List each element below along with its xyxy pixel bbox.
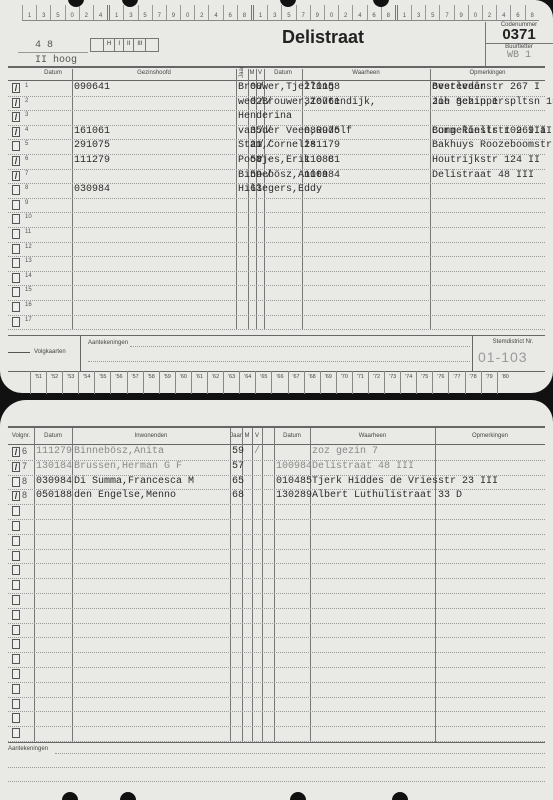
cell-datum: 030984: [74, 183, 110, 198]
row-number: 11: [25, 229, 31, 235]
scale-digit: 0: [468, 5, 482, 20]
table-row[interactable]: /1090641Brouwer,Tjelling00/270158overled…: [8, 81, 545, 97]
card-notch: [290, 792, 306, 800]
cell-waarheen: zoz gezin 7: [312, 445, 378, 460]
floor-box: II: [124, 39, 134, 51]
column-header: Opmerkingen: [430, 70, 545, 76]
table-row[interactable]: [8, 549, 545, 565]
scale-digit: 6: [510, 5, 524, 20]
year-cell: '60: [175, 371, 191, 394]
cell-datum: 050188: [36, 489, 72, 504]
checkbox-icon[interactable]: /: [12, 491, 20, 501]
scale-digit: 1: [251, 5, 267, 20]
scale-digit: 8: [237, 5, 251, 20]
row-number: 2: [25, 98, 28, 104]
checkbox-icon[interactable]: [12, 595, 20, 605]
year-cell: '79: [481, 371, 497, 394]
cell-datum2: 270158: [304, 81, 340, 96]
column-header: Gezinshoofd: [72, 70, 236, 76]
table-row[interactable]: [8, 682, 545, 698]
card-notch: [62, 792, 78, 800]
index-scale: 135024135790246813579024681357902468: [22, 5, 539, 21]
scale-digit: 1: [107, 5, 123, 20]
scale-digit: 0: [180, 5, 194, 20]
checkbox-icon[interactable]: /: [12, 127, 20, 137]
column-header: Waarheen: [310, 433, 435, 439]
row-number: 8: [22, 490, 27, 500]
year-cell: '73: [384, 371, 400, 394]
note-line: [88, 361, 470, 362]
checkbox-icon[interactable]: [12, 287, 20, 297]
row-number: 12: [25, 244, 32, 250]
table-row[interactable]: 8030984Di Summa,Francesca M65010485Tjerk…: [8, 475, 545, 491]
column-header: V: [256, 70, 264, 76]
table-row[interactable]: /2wed Brouwer,Zoutendijk,02//310761Joh S…: [8, 96, 545, 112]
volgkaarten-label: Volgkaarten: [8, 349, 66, 355]
cell-v: -: [266, 154, 272, 169]
note-line: [8, 781, 545, 782]
checkbox-icon[interactable]: /: [12, 98, 20, 108]
scale-digit: 2: [338, 5, 352, 20]
table-row[interactable]: [8, 608, 545, 624]
row-number: 8: [22, 476, 27, 486]
row-number: 4: [25, 127, 28, 133]
card-notch: [120, 792, 136, 800]
cell-v: /: [266, 139, 272, 154]
year-cell: '72: [368, 371, 384, 394]
row-number: 3: [25, 112, 28, 118]
cell-waarheen: Delistraat 48 III: [312, 460, 414, 475]
checkbox-icon[interactable]: /: [12, 156, 20, 166]
scale-digit: 8: [381, 5, 395, 20]
cell-jaar: 57: [232, 460, 244, 475]
cell-v: /: [266, 169, 272, 184]
cell-datum2: 281179: [304, 139, 340, 154]
cell-m: /: [258, 125, 264, 140]
table-row[interactable]: /6111279Binnebösz,Anita59/zoz gezin 7: [8, 445, 545, 461]
cell-datum: 090641: [74, 81, 110, 96]
scale-digit: 3: [123, 5, 137, 20]
year-cell: '57: [127, 371, 143, 394]
cell-datum: 161061: [74, 125, 110, 140]
table-row[interactable]: /4161061van der Veen,Rudolf35//080975Bur…: [8, 125, 545, 141]
cell-datum2: 130289: [276, 489, 312, 504]
year-cell: '64: [239, 371, 255, 394]
table-row[interactable]: [8, 519, 545, 535]
cell-waarheen: Bakhuys Roozeboomstr 6 I: [432, 139, 553, 154]
scale-digit: 5: [138, 5, 152, 20]
cell-opm: Bestevaârstr 267 I: [432, 81, 540, 96]
table-row[interactable]: [8, 697, 545, 713]
column-header: Waarheen: [302, 70, 430, 76]
year-cell: '58: [143, 371, 159, 394]
table-row[interactable]: [8, 534, 545, 550]
checkbox-icon[interactable]: [12, 258, 20, 268]
cell-opm: zie gezin 1: [432, 96, 498, 111]
scale-digit: 5: [425, 5, 439, 20]
cell-jaar: 59: [232, 445, 244, 460]
scale-digit: 2: [79, 5, 93, 20]
row-number: 7: [22, 461, 27, 471]
cell-datum: 130184: [36, 460, 72, 475]
column-header: M: [248, 70, 256, 76]
cell-jaar: 68: [232, 489, 244, 504]
cell-name: Binnebösz,Anita: [74, 445, 164, 460]
scale-digit: 3: [267, 5, 281, 20]
scale-digit: 4: [496, 5, 510, 20]
floor-label: II hoog: [35, 55, 77, 66]
checkbox-icon[interactable]: [12, 536, 20, 546]
checkbox-icon[interactable]: [12, 521, 20, 531]
table-row[interactable]: 12: [8, 242, 545, 258]
checkbox-icon[interactable]: /: [12, 112, 20, 122]
buurt-label: Buurtletter: [485, 43, 553, 50]
cell-waarheen: Tjerk Hiddes de Vriesstr 23 III: [312, 475, 498, 490]
scale-digit: 2: [482, 5, 496, 20]
row-number: 17: [25, 317, 32, 323]
checkbox-icon[interactable]: [12, 214, 20, 224]
year-cell: '68: [304, 371, 320, 394]
divider: [18, 52, 88, 53]
column-header: Volgnr.: [8, 433, 34, 439]
table-row[interactable]: /3Henderina: [8, 110, 545, 126]
table-row[interactable]: 15: [8, 285, 545, 301]
cell-datum2: 100984: [276, 460, 312, 475]
table-row[interactable]: [8, 637, 545, 653]
checkbox-icon[interactable]: [12, 713, 20, 723]
cell-m: /: [258, 96, 264, 111]
row-number: 13: [25, 258, 32, 264]
scale-digit: 6: [223, 5, 237, 20]
year-cell: '52: [46, 371, 62, 394]
checkbox-icon[interactable]: [12, 625, 20, 635]
cell-waarheen: Houtrijkstr 124 II: [432, 154, 540, 169]
year-cell: '62: [207, 371, 223, 394]
checkbox-icon[interactable]: [12, 551, 20, 561]
checkbox-icon[interactable]: /: [12, 447, 20, 457]
cell-datum2: 110881: [304, 154, 340, 169]
floor-box: [91, 39, 104, 51]
checkbox-icon[interactable]: [12, 639, 20, 649]
year-cell: '70: [336, 371, 352, 394]
year-cell: '65: [255, 371, 271, 394]
year-cell: '54: [78, 371, 94, 394]
year-cell: '74: [400, 371, 416, 394]
checkbox-icon[interactable]: [12, 728, 20, 738]
checkbox-icon[interactable]: [12, 477, 20, 487]
table-row[interactable]: 9: [8, 198, 545, 214]
row-number: 9: [25, 200, 28, 206]
year-cell: '61: [191, 371, 207, 394]
table-row[interactable]: /7Binnebösz,Anita59-/100984Delistraat 48…: [8, 169, 545, 185]
divider: [472, 335, 473, 371]
cell-datum: 291075: [74, 139, 110, 154]
cell-datum: 030984: [36, 475, 72, 490]
scale-digit: 2: [194, 5, 208, 20]
column-header: M: [242, 433, 252, 439]
checkbox-icon[interactable]: [12, 654, 20, 664]
checkbox-icon[interactable]: [12, 610, 20, 620]
table-row[interactable]: [8, 578, 545, 594]
scale-digit: 9: [310, 5, 324, 20]
table-row[interactable]: /8050188den Engelse,Menno68130289Albert …: [8, 489, 545, 505]
column-header: Datum: [274, 433, 310, 439]
cell-m: /: [258, 154, 264, 169]
row-number: 8: [25, 185, 28, 191]
cell-name: Henderina: [238, 110, 292, 125]
table-row[interactable]: [8, 563, 545, 579]
cell-v: /: [266, 96, 272, 111]
column-header: Jaar: [239, 66, 245, 78]
checkbox-icon[interactable]: [12, 699, 20, 709]
table-row[interactable]: [8, 667, 545, 683]
table-row[interactable]: 11: [8, 227, 545, 243]
street-title: Delistraat: [282, 27, 364, 48]
note-line: [130, 346, 470, 347]
scale-digit: 0: [324, 5, 338, 20]
scale-digit: 3: [36, 5, 50, 20]
code-number: 0371: [485, 28, 553, 42]
year-cell: '78: [465, 371, 481, 394]
checkbox-icon[interactable]: [12, 302, 20, 312]
table-row[interactable]: [8, 504, 545, 520]
note-line: [55, 753, 545, 754]
row-number: 14: [25, 273, 32, 279]
year-cell: '59: [159, 371, 175, 394]
year-cell: '69: [320, 371, 336, 394]
address-card-front: 135024135790246813579024681357902468 4 8…: [0, 0, 553, 393]
address-card-back: Volgnr.DatumInwonendenJaarMVDatumWaarhee…: [0, 400, 553, 800]
cell-datum: 111279: [36, 445, 72, 460]
row-number: 1: [25, 83, 28, 89]
cell-datum2: 100984: [304, 169, 340, 184]
column-header: Datum: [34, 70, 72, 76]
scale-digit: 1: [22, 5, 36, 20]
scale-digit: 0: [65, 5, 79, 20]
divider: [80, 335, 81, 371]
scale-digit: 7: [439, 5, 453, 20]
checkbox-icon[interactable]: [12, 565, 20, 575]
year-cell: '53: [62, 371, 78, 394]
cell-name: Brussen,Herman G F: [74, 460, 182, 475]
table-row[interactable]: 16: [8, 300, 545, 316]
cell-datum2: 080975: [304, 125, 340, 140]
scale-digit: 9: [166, 5, 180, 20]
scale-digit: 6: [367, 5, 381, 20]
cell-waarheen: Albert Luthulistraat 33 D: [312, 489, 462, 504]
floor-box: III: [134, 39, 146, 51]
year-cell: '75: [416, 371, 432, 394]
checkbox-icon[interactable]: /: [12, 462, 20, 472]
row-number: 5: [25, 141, 28, 147]
year-cell: '71: [352, 371, 368, 394]
cell-waarheen: Delistraat 48 III: [432, 169, 534, 184]
table-row[interactable]: 17: [8, 315, 545, 331]
cell-datum2: 010485: [276, 475, 312, 490]
cell-datum: 111279: [74, 154, 110, 169]
table-row[interactable]: [8, 711, 545, 727]
checkbox-icon[interactable]: [12, 317, 20, 327]
table-row[interactable]: /6111279Pootjes,Erik O C58/-110881Houtri…: [8, 154, 545, 170]
year-cell: '51: [30, 371, 46, 394]
aantekeningen-label: Aantekeningen: [8, 746, 48, 752]
table-row[interactable]: [8, 623, 545, 639]
scale-digit: 4: [352, 5, 366, 20]
checkbox-icon[interactable]: [12, 580, 20, 590]
aantekeningen-label: Aantekeningen: [88, 340, 128, 346]
cell-jaar: 63: [250, 183, 262, 198]
scale-digit: 7: [296, 5, 310, 20]
row-number: 16: [25, 302, 32, 308]
cell-m: -: [258, 169, 264, 184]
scale-digit: 7: [152, 5, 166, 20]
year-cell: '55: [94, 371, 110, 394]
cell-name: Di Summa,Francesca M: [74, 475, 194, 490]
year-cell: '63: [223, 371, 239, 394]
table-row[interactable]: 8030984Hillegers,Eddy63: [8, 183, 545, 199]
year-cell: '56: [110, 371, 126, 394]
year-cell: '66: [271, 371, 287, 394]
scale-digit: 5: [281, 5, 295, 20]
cell-v: /: [266, 125, 272, 140]
note-line: [8, 767, 545, 768]
scale-digit: 9: [454, 5, 468, 20]
column-header: Inwonenden: [72, 433, 230, 439]
floor-boxes: HIIIIII: [90, 38, 159, 52]
house-number: 4 8: [35, 40, 53, 51]
scale-digit: 4: [93, 5, 107, 20]
checkbox-icon[interactable]: /: [12, 171, 20, 181]
cell-jaar: 65: [232, 475, 244, 490]
table-row[interactable]: 10: [8, 212, 545, 228]
cell-name: den Engelse,Menno: [74, 489, 176, 504]
year-cell: '76: [432, 371, 448, 394]
table-header: DatumGezinshoofdJaarMVDatumWaarheenOpmer…: [8, 68, 545, 81]
year-cell: '67: [288, 371, 304, 394]
cell-m: /: [258, 81, 264, 96]
cell-m: /: [258, 139, 264, 154]
scale-digit: 5: [50, 5, 64, 20]
checkbox-icon[interactable]: [12, 229, 20, 239]
scale-digit: 3: [411, 5, 425, 20]
stemdistrict-number: 01-103: [478, 349, 528, 365]
table-row[interactable]: 13: [8, 256, 545, 272]
checkbox-icon[interactable]: [12, 141, 20, 151]
column-header: V: [252, 433, 262, 439]
year-cell: '80: [497, 371, 513, 394]
cell-opm: Commelinstr 109 IIa: [432, 125, 546, 140]
floor-box: [146, 39, 158, 51]
stemdistrict-label: Stemdistrict Nr.: [476, 339, 550, 345]
column-header: Datum: [264, 70, 302, 76]
year-scale: '51'52'53'54'55'56'57'58'59'60'61'62'63'…: [30, 371, 513, 394]
row-number: 6: [25, 156, 28, 162]
table-row[interactable]: 5291075Stam,Cornelis21//281179Bakhuys Ro…: [8, 139, 545, 155]
checkbox-icon[interactable]: /: [12, 83, 20, 93]
floor-box: I: [115, 39, 124, 51]
table-row[interactable]: [8, 652, 545, 668]
divider: [8, 335, 545, 336]
table-row[interactable]: [8, 726, 545, 742]
floor-box: H: [104, 39, 115, 51]
column-header: Opmerkingen: [435, 433, 545, 439]
row-number: 7: [25, 171, 28, 177]
table-row[interactable]: /7130184Brussen,Herman G F57100984Delist…: [8, 460, 545, 476]
divider: [8, 742, 545, 743]
checkbox-icon[interactable]: [12, 669, 20, 679]
checkbox-icon[interactable]: [12, 273, 20, 283]
table-row[interactable]: [8, 593, 545, 609]
checkbox-icon[interactable]: [12, 244, 20, 254]
checkbox-icon[interactable]: [12, 684, 20, 694]
scale-digit: 8: [525, 5, 539, 20]
scale-digit: 4: [208, 5, 222, 20]
row-number: 10: [25, 214, 32, 220]
column-header: Jaar: [230, 433, 242, 439]
table-row[interactable]: 14: [8, 271, 545, 287]
checkbox-icon[interactable]: [12, 185, 20, 195]
checkbox-icon[interactable]: [12, 200, 20, 210]
row-number: 15: [25, 287, 32, 293]
row-number: 6: [22, 446, 27, 456]
buurt-letter: WB 1: [485, 50, 553, 61]
cell-datum2: 310761: [304, 96, 340, 111]
checkbox-icon[interactable]: [12, 506, 20, 516]
card-notch: [392, 792, 408, 800]
year-cell: '77: [448, 371, 464, 394]
column-header: Datum: [34, 433, 72, 439]
scale-digit: 1: [395, 5, 411, 20]
table-header: Volgnr.DatumInwonendenJaarMVDatumWaarhee…: [8, 428, 545, 445]
cell-v: /: [254, 445, 260, 460]
